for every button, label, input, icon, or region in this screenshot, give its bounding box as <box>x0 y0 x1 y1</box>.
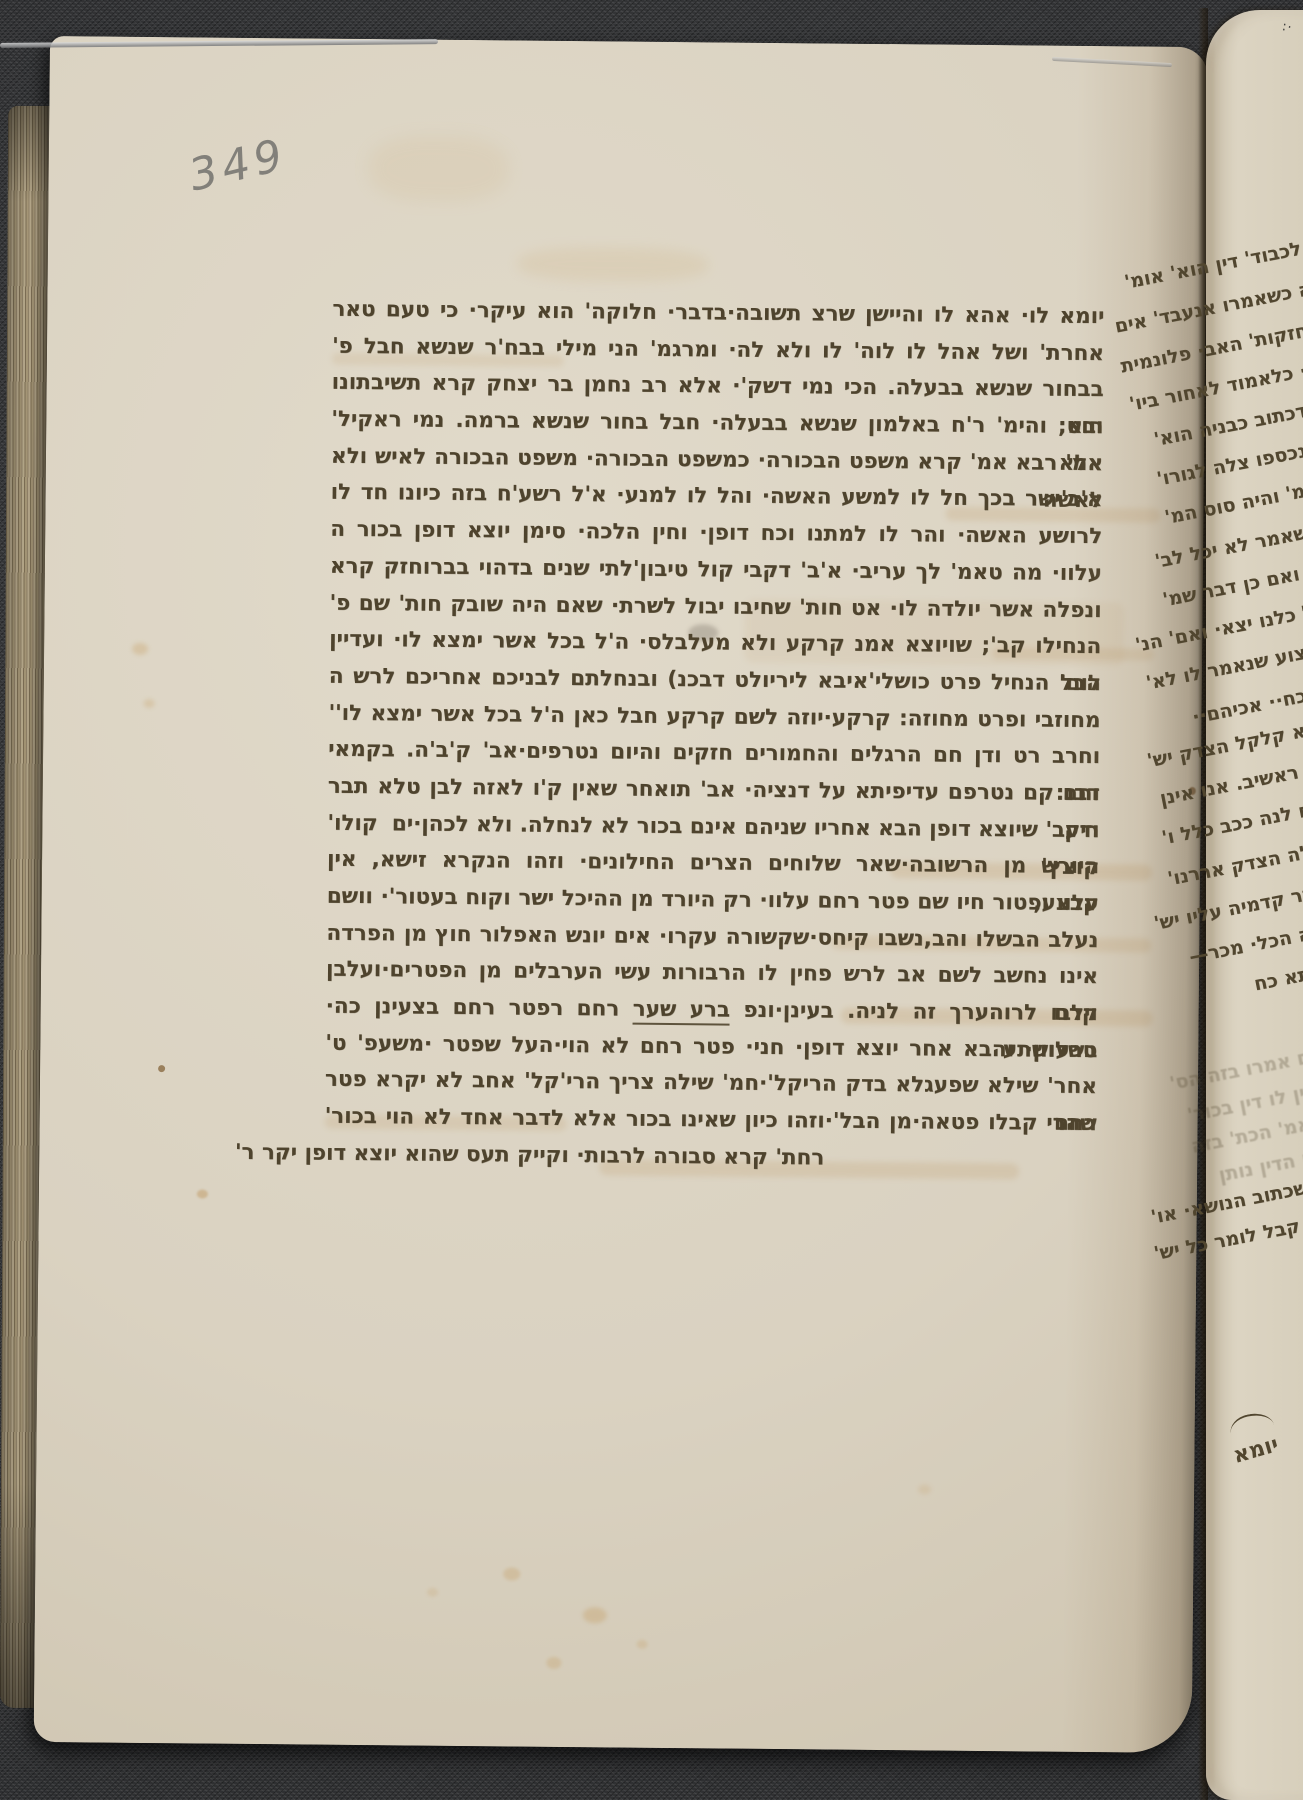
stain <box>144 699 155 708</box>
adjacent-page-edge: יומא ל' לכבוד' דין הוא' אומ'וזה כשאמרו א… <box>1206 10 1303 1800</box>
pencil-folio-number: 349 <box>184 129 292 202</box>
stain <box>918 1484 931 1494</box>
edge-text-fragment: שתא כח <box>1253 960 1303 995</box>
stain <box>546 1657 561 1669</box>
stain <box>197 1189 208 1198</box>
stain <box>637 1640 648 1649</box>
stain <box>503 1567 520 1580</box>
stain <box>132 643 148 655</box>
manuscript-page: 349 יומא לו· אהא לו והיישן שרצ תשובה·בדב… <box>34 36 1208 1753</box>
stain <box>518 247 708 283</box>
stain <box>158 1065 165 1072</box>
edge-text-fragment: ס כח·· אכיהם·· <box>1190 681 1303 728</box>
stain <box>427 1588 438 1597</box>
text-block: יומא לו· אהא לו והיישן שרצ תשובה·בדבר· ח… <box>324 291 1104 1179</box>
manuscript-photo: 349 יומא לו· אהא לו והיישן שרצ תשובה·בדב… <box>0 0 1303 1800</box>
catchword-flourish <box>1228 1410 1275 1436</box>
catchword: יומא <box>1230 1432 1281 1469</box>
stain <box>583 1607 607 1623</box>
text-line: רחת' קרא סבורה לרבות· וקייק תעס שהוא יוצ… <box>324 1134 1096 1178</box>
stain <box>368 135 509 202</box>
